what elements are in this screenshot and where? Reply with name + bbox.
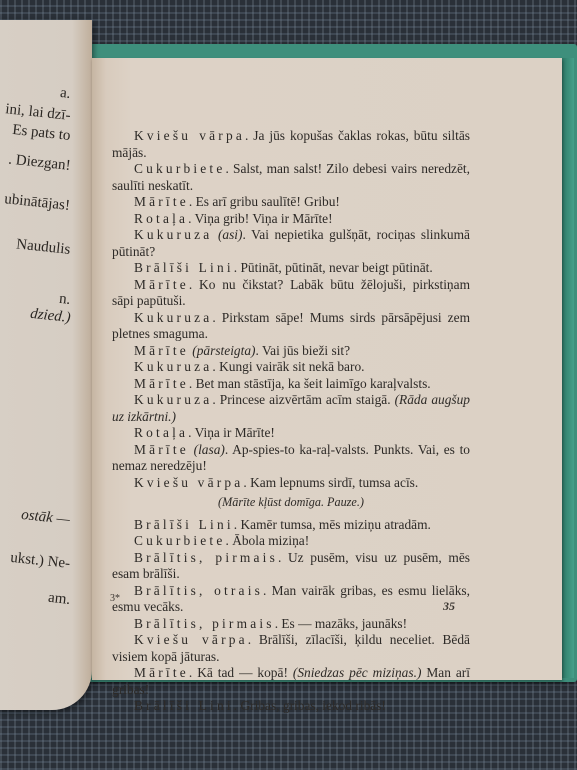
- dialogue-line: Cukurbiete. Ābola miziņa!: [112, 533, 470, 550]
- stage-direction-inline: (asi): [212, 227, 242, 242]
- dialogue-line: Rotaļa. Viņa grib! Viņa ir Mārīte!: [112, 211, 470, 228]
- dialogue-line: Kukuruza. Princese aizvērtām acīm staigā…: [112, 392, 470, 425]
- dialogue-text: . Es arī gribu saulītē! Gribu!: [189, 194, 340, 209]
- speaker-name: Kukuruza: [134, 392, 212, 407]
- left-page-fragment: am.: [47, 590, 71, 609]
- dialogue-text: . Ābola miziņa!: [226, 533, 310, 548]
- left-page-fragment: Naudulis: [15, 236, 71, 259]
- dialogue-line: Cukurbiete. Salst, man salst! Zilo debes…: [112, 161, 470, 194]
- dialogue-text: . Viņa ir Mārīte!: [188, 425, 275, 440]
- dialogue-text: . Princese aizvērtām acīm staigā.: [212, 392, 394, 407]
- dialogue-line: Kukuruza. Pirkstam sāpe! Mums sirds pārs…: [112, 310, 470, 343]
- dialogue-line: Kviešu vārpa. Ja jūs kopušas čaklas roka…: [112, 128, 470, 161]
- dialogue-line: Mārīte. Kā tad — kopā! (Sniedzas pēc miz…: [112, 665, 470, 698]
- dialogue-line: Brālīši Lini. Pūtināt, pūtināt, nevar be…: [112, 260, 470, 277]
- speaker-name: Brālīši Lini: [134, 517, 234, 532]
- speaker-name: Rotaļa: [134, 211, 188, 226]
- left-page-fragment: n.: [58, 291, 71, 309]
- book-cover-edge: [562, 58, 574, 678]
- dialogue-line: Mārīte. Bet man stāstīja, ka šeit laimīg…: [112, 376, 470, 393]
- left-page-fragment: dzied.): [29, 306, 71, 327]
- stage-direction: (Mārīte kļūst domīga. Pauze.): [112, 494, 470, 511]
- dialogue-line: Mārīte. Es arī gribu saulītē! Gribu!: [112, 194, 470, 211]
- dialogue-line: Kviešu vārpa. Brālīši, zīlacīši, ķildu n…: [112, 632, 470, 665]
- speaker-name: Mārīte: [134, 376, 189, 391]
- dialogue-line: Kukuruza (asi). Vai nepietika gulšņāt, r…: [112, 227, 470, 260]
- dialogue-text: . Kā tad — kopā!: [189, 665, 293, 680]
- dialogue-line: Brālītis, otrais. Man vairāk gribas, es …: [112, 583, 470, 616]
- speaker-name: Rotaļa: [134, 425, 188, 440]
- speaker-name: Mārīte: [134, 277, 189, 292]
- dialogue-line: Brālītis, pirmais. Uz pusēm, visu uz pus…: [112, 550, 470, 583]
- speaker-name: Mārīte: [134, 343, 189, 358]
- speaker-name: Kviešu vārpa: [134, 128, 245, 143]
- dialogue-line: Mārīte (pārsteigta). Vai jūs bieži sit?: [112, 343, 470, 360]
- dialogue-line: Brālītis, pirmais. Es — mazāks, jaunāks!: [112, 616, 470, 633]
- left-page-fragment: ukst.) Ne-: [9, 550, 70, 573]
- dialogue-line: Kviešu vārpa. Kam lepnums sirdī, tumsa a…: [112, 475, 470, 492]
- speaker-name: Kukuruza: [134, 227, 212, 242]
- speaker-name: Cukurbiete: [134, 533, 226, 548]
- speaker-name: Mārīte: [134, 194, 189, 209]
- left-page-fragment: a.: [59, 85, 71, 103]
- dialogue-line: Kukuruza. Kungi vairāk sit nekā baro.: [112, 359, 470, 376]
- dialogue-text: . Pūtināt, pūtināt, nevar beigt pūtināt.: [234, 260, 433, 275]
- dialogue-text: . Bet man stāstīja, ka šeit laimīgo kara…: [189, 376, 431, 391]
- speaker-name: Brālīši Lini: [134, 698, 234, 713]
- speaker-name: Kukuruza: [134, 359, 212, 374]
- left-page: a. ini, lai dzī- Es pats to . Diezgan! u…: [0, 20, 92, 710]
- dialogue-text: . Gribas, gribas, iekod ribās!: [234, 698, 386, 713]
- speaker-name: Mārīte: [134, 442, 189, 457]
- left-page-fragment: ostāk —: [21, 507, 71, 529]
- stage-direction-inline: (lasa): [189, 442, 225, 457]
- play-dialogue: Kviešu vārpa. Ja jūs kopušas čaklas roka…: [112, 128, 470, 715]
- speaker-name: Kviešu vārpa: [134, 632, 248, 647]
- speaker-name: Cukurbiete: [134, 161, 226, 176]
- dialogue-line: Rotaļa. Viņa ir Mārīte!: [112, 425, 470, 442]
- signature-mark: 3*: [110, 593, 120, 604]
- stage-direction-inline: (Sniedzas pēc miziņas.): [293, 665, 422, 680]
- speaker-name: Brālītis, pirmais: [134, 550, 278, 565]
- dialogue-text: . Vai jūs bieži sit?: [255, 343, 350, 358]
- speaker-name: Mārīte: [134, 665, 189, 680]
- left-page-fragment: ubinātājas!: [4, 191, 71, 215]
- dialogue-text: . Kam lepnums sirdī, tumsa acīs.: [243, 475, 418, 490]
- dialogue-text: . Es — mazāks, jaunāks!: [275, 616, 407, 631]
- dialogue-line: Brālīši Lini. Gribas, gribas, iekod ribā…: [112, 698, 470, 715]
- speaker-name: Brālīši Lini: [134, 260, 234, 275]
- speaker-name: Kukuruza: [134, 310, 212, 325]
- dialogue-line: Mārīte. Ko nu čikstat? Labāk būtu žēloju…: [112, 277, 470, 310]
- dialogue-line: Mārīte (lasa). Ap-spies-to ka-raļ-valsts…: [112, 442, 470, 475]
- left-page-fragment: . Diezgan!: [7, 152, 71, 175]
- stage-direction-inline: (pārsteigta): [189, 343, 256, 358]
- page-number: 35: [443, 599, 455, 614]
- dialogue-text: . Viņa grib! Viņa ir Mārīte!: [188, 211, 332, 226]
- dialogue-text: . Kungi vairāk sit nekā baro.: [212, 359, 364, 374]
- dialogue-text: . Kamēr tumsa, mēs miziņu atradām.: [234, 517, 431, 532]
- left-page-fragment: Es pats to: [11, 122, 71, 145]
- dialogue-line: Brālīši Lini. Kamēr tumsa, mēs miziņu at…: [112, 517, 470, 534]
- speaker-name: Brālītis, pirmais: [134, 616, 275, 631]
- speaker-name: Kviešu vārpa: [134, 475, 243, 490]
- speaker-name: Brālītis, otrais: [134, 583, 263, 598]
